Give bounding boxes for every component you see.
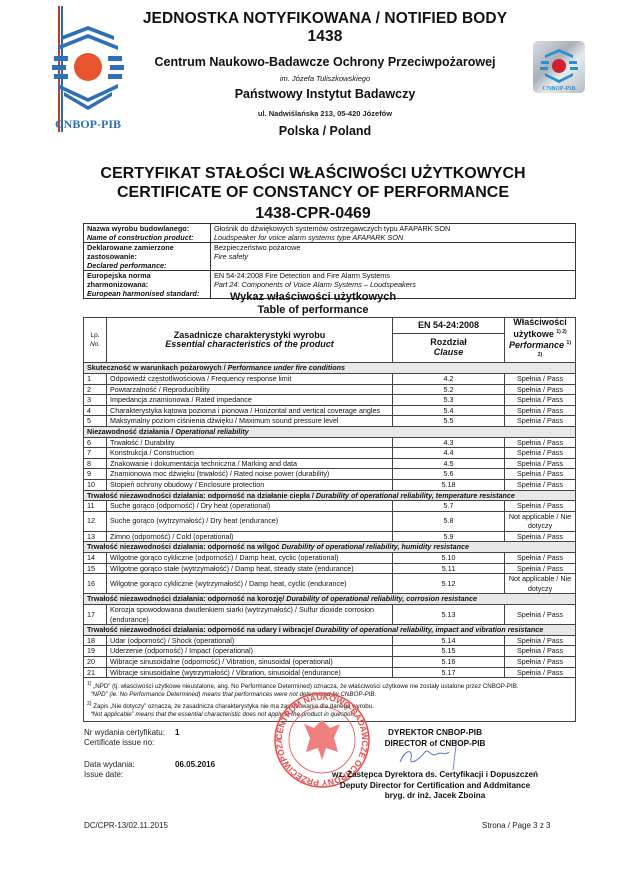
table-row: 3 Impedancja znamionowa / Rated impedanc… <box>84 395 576 406</box>
col-header-performance: Właściwości użytkowe 1) 2)Performance 1)… <box>505 318 576 363</box>
row-characteristic: Korozja spowodowana dwutlenkiem siarki (… <box>107 605 393 625</box>
section-title: Trwałość niezawodności działania: odporn… <box>84 490 576 501</box>
row-clause: 5.13 <box>393 605 505 625</box>
table-row: 16 Wilgotne gorąco cykliczne (wytrzymało… <box>84 574 576 594</box>
institute-name: Centrum Naukowo-Badawcze Ochrony Przeciw… <box>140 55 510 69</box>
row-characteristic: Wilgotne gorąco cykliczne (wytrzymałość)… <box>107 574 393 594</box>
table-row: 7 Konstrukcja / Construction 4.4 Spełnia… <box>84 448 576 459</box>
row-clause: 5.12 <box>393 574 505 594</box>
issue-date-label-pl: Data wydania: <box>84 760 135 769</box>
row-characteristic: Udar (odporność) / Shock (operational) <box>107 635 393 646</box>
row-clause: 5.9 <box>393 531 505 542</box>
table-row: 21 Wibracje sinusoidalne (wytrzymałość) … <box>84 667 576 678</box>
svg-text:CNBOP-PIB: CNBOP-PIB <box>543 86 576 92</box>
row-performance: Spełnia / Pass <box>505 395 576 406</box>
row-number: 13 <box>84 531 107 542</box>
table-row: 5 Maksymalny poziom ciśnienia dźwięku / … <box>84 416 576 427</box>
row-number: 20 <box>84 657 107 668</box>
row-performance: Not applicable / Nie dotyczy <box>505 574 576 594</box>
col-header-clause: RozdziałClause <box>393 333 505 363</box>
row-performance: Spełnia / Pass <box>505 469 576 480</box>
row-clause: 4.2 <box>393 373 505 384</box>
issue-no-value: 1 <box>175 728 179 737</box>
certificate-title-pl: CERTYFIKAT STAŁOŚCI WŁAŚCIWOŚCI UŻYTKOWY… <box>0 165 626 183</box>
row-performance: Spełnia / Pass <box>505 563 576 574</box>
row-performance: Spełnia / Pass <box>505 416 576 427</box>
table-title-en: Table of performance <box>0 304 626 316</box>
institute-status: Państwowy Instytut Badawczy <box>140 87 510 101</box>
signature <box>395 740 465 770</box>
row-clause: 4.3 <box>393 437 505 448</box>
svg-text:CNBOP-PIB: CNBOP-PIB <box>55 117 121 131</box>
row-number: 6 <box>84 437 107 448</box>
row-characteristic: Wilgotne gorąco stałe (wytrzymałość) / D… <box>107 563 393 574</box>
row-characteristic: Suche gorąco (wytrzymałość) / Dry heat (… <box>107 511 393 531</box>
row-number: 1 <box>84 373 107 384</box>
row-performance: Spełnia / Pass <box>505 646 576 657</box>
product-info-value: Bezpieczeństwo pożaroweFire safety <box>211 243 576 271</box>
certificate-title-en: CERTIFICATE OF CONSTANCY OF PERFORMANCE <box>0 184 626 202</box>
row-characteristic: Uderzenie (odporność) / Impact (operatio… <box>107 646 393 657</box>
row-clause: 5.17 <box>393 667 505 678</box>
table-row: 20 Wibracje sinusoidalne (odporność) / V… <box>84 657 576 668</box>
deputy-director-block: wz. Zastępca Dyrektora ds. Certyfikacji … <box>330 770 540 802</box>
section-header-row: Trwałość niezawodności działania: odporn… <box>84 542 576 553</box>
row-performance: Spełnia / Pass <box>505 605 576 625</box>
issue-no-label-en: Certificate issue no: <box>84 738 154 747</box>
institute-address: ul. Nadwiślańska 213, 05-420 Józefów <box>140 109 510 118</box>
table-row: 12 Suche gorąco (wytrzymałość) / Dry hea… <box>84 511 576 531</box>
row-performance: Spełnia / Pass <box>505 479 576 490</box>
table-title-pl: Wykaz właściwości użytkowych <box>0 291 626 303</box>
row-characteristic: Wibracje sinusoidalne (wytrzymałość) / V… <box>107 667 393 678</box>
row-clause: 5.15 <box>393 646 505 657</box>
table-row: 19 Uderzenie (odporność) / Impact (opera… <box>84 646 576 657</box>
table-row: 6 Trwałość / Durability 4.3 Spełnia / Pa… <box>84 437 576 448</box>
row-characteristic: Impedancja znamionowa / Rated impedance <box>107 395 393 406</box>
row-number: 16 <box>84 574 107 594</box>
product-info-value: Głośnik do dźwiękowych systemów ostrzega… <box>211 224 576 243</box>
table-row: 15 Wilgotne gorąco stałe (wytrzymałość) … <box>84 563 576 574</box>
row-characteristic: Trwałość / Durability <box>107 437 393 448</box>
product-info-row: Nazwa wyrobu budowlanego:Name of constru… <box>84 224 576 243</box>
table-row: 4 Charakterystyka kątowa pozioma i piono… <box>84 405 576 416</box>
performance-table: Lp.No. Zasadnicze charakterystyki wyrobu… <box>83 317 576 722</box>
issue-no-label-pl: Nr wydania certyfikatu: <box>84 728 165 737</box>
section-title: Trwałość niezawodności działania: odporn… <box>84 594 576 605</box>
cnbop-logo: CNBOP-PIB <box>48 6 128 132</box>
row-characteristic: Wilgotne gorąco cykliczne (odporność) / … <box>107 553 393 564</box>
row-performance: Spełnia / Pass <box>505 667 576 678</box>
row-characteristic: Charakterystyka kątowa pozioma i pionowa… <box>107 405 393 416</box>
product-info-key: Deklarowane zamierzone zastosowanie:Decl… <box>84 243 211 271</box>
table-row: 8 Znakowanie i dokumentacja techniczna /… <box>84 458 576 469</box>
row-clause: 5.7 <box>393 501 505 512</box>
row-clause: 5.14 <box>393 635 505 646</box>
row-characteristic: Znamionowa moc dźwięku (trwałość) / Rate… <box>107 469 393 480</box>
row-clause: 5.5 <box>393 416 505 427</box>
row-number: 8 <box>84 458 107 469</box>
table-row: 18 Udar (odporność) / Shock (operational… <box>84 635 576 646</box>
row-clause: 5.16 <box>393 657 505 668</box>
table-row: 2 Powtarzalność / Reproducibility 5.2 Sp… <box>84 384 576 395</box>
row-number: 7 <box>84 448 107 459</box>
row-performance: Spełnia / Pass <box>505 437 576 448</box>
row-performance: Spełnia / Pass <box>505 458 576 469</box>
institute-country: Polska / Poland <box>140 124 510 138</box>
row-clause: 5.4 <box>393 405 505 416</box>
table-row: 10 Stopień ochrony obudowy / Enclosure p… <box>84 479 576 490</box>
row-performance: Spełnia / Pass <box>505 384 576 395</box>
signatory-name: bryg. dr inż. Jacek Zboina <box>330 791 540 802</box>
row-number: 5 <box>84 416 107 427</box>
section-header-row: Niezawodność działania / Operational rel… <box>84 426 576 437</box>
row-performance: Spełnia / Pass <box>505 501 576 512</box>
section-title: Trwałość niezawodności działania: odporn… <box>84 542 576 553</box>
row-clause: 5.11 <box>393 563 505 574</box>
section-title: Skuteczność w warunkach pożarowych / Per… <box>84 363 576 374</box>
table-row: 13 Zimno (odporność) / Cold (operational… <box>84 531 576 542</box>
row-number: 18 <box>84 635 107 646</box>
section-title: Niezawodność działania / Operational rel… <box>84 426 576 437</box>
table-row: 14 Wilgotne gorąco cykliczne (odporność)… <box>84 553 576 564</box>
row-performance: Spełnia / Pass <box>505 531 576 542</box>
row-clause: 5.18 <box>393 479 505 490</box>
table-row: 17 Korozja spowodowana dwutlenkiem siark… <box>84 605 576 625</box>
row-clause: 5.2 <box>393 384 505 395</box>
section-header-row: Skuteczność w warunkach pożarowych / Per… <box>84 363 576 374</box>
col-header-characteristics: Zasadnicze charakterystyki wyrobuEssenti… <box>107 318 393 363</box>
product-info-key: Nazwa wyrobu budowlanego:Name of constru… <box>84 224 211 243</box>
col-header-standard: EN 54-24:2008 <box>393 318 505 334</box>
row-number: 19 <box>84 646 107 657</box>
row-number: 15 <box>84 563 107 574</box>
row-number: 2 <box>84 384 107 395</box>
row-characteristic: Zimno (odporność) / Cold (operational) <box>107 531 393 542</box>
hologram-logo: CNBOP-PIB <box>533 41 585 93</box>
row-characteristic: Stopień ochrony obudowy / Enclosure prot… <box>107 479 393 490</box>
section-header-row: Trwałość niezawodności działania: odporn… <box>84 625 576 636</box>
page-number: Strona / Page 3 z 3 <box>482 821 551 830</box>
row-characteristic: Maksymalny poziom ciśnienia dźwięku / Ma… <box>107 416 393 427</box>
table-row: 9 Znamionowa moc dźwięku (trwałość) / Ra… <box>84 469 576 480</box>
issue-date-label-en: Issue date: <box>84 770 123 779</box>
section-header-row: Trwałość niezawodności działania: odporn… <box>84 490 576 501</box>
row-characteristic: Znakowanie i dokumentacja techniczna / M… <box>107 458 393 469</box>
row-number: 11 <box>84 501 107 512</box>
row-clause: 5.10 <box>393 553 505 564</box>
row-performance: Spełnia / Pass <box>505 405 576 416</box>
document-code: DC/CPR-13/02.11.2015 <box>84 821 168 830</box>
product-info-table: Nazwa wyrobu budowlanego:Name of constru… <box>83 223 576 299</box>
certificate-number: 1438-CPR-0469 <box>0 205 626 223</box>
row-number: 9 <box>84 469 107 480</box>
table-row: 1 Odpowiedź częstotliwościowa / Frequenc… <box>84 373 576 384</box>
col-header-no: Lp.No. <box>84 318 107 363</box>
row-performance: Spełnia / Pass <box>505 448 576 459</box>
row-characteristic: Konstrukcja / Construction <box>107 448 393 459</box>
row-clause: 5.3 <box>393 395 505 406</box>
row-performance: Spełnia / Pass <box>505 635 576 646</box>
row-clause: 5.8 <box>393 511 505 531</box>
row-number: 17 <box>84 605 107 625</box>
product-info-row: Deklarowane zamierzone zastosowanie:Decl… <box>84 243 576 271</box>
row-characteristic: Suche gorąco (odporność) / Dry heat (ope… <box>107 501 393 512</box>
row-characteristic: Odpowiedź częstotliwościowa / Frequency … <box>107 373 393 384</box>
row-performance: Spełnia / Pass <box>505 553 576 564</box>
row-number: 14 <box>84 553 107 564</box>
row-number: 12 <box>84 511 107 531</box>
row-number: 21 <box>84 667 107 678</box>
row-clause: 4.4 <box>393 448 505 459</box>
row-characteristic: Powtarzalność / Reproducibility <box>107 384 393 395</box>
row-number: 4 <box>84 405 107 416</box>
issue-date-value: 06.05.2016 <box>175 760 215 769</box>
table-row: 11 Suche gorąco (odporność) / Dry heat (… <box>84 501 576 512</box>
issuer-header: JEDNOSTKA NOTYFIKOWANA / NOTIFIED BODY 1… <box>140 0 510 138</box>
row-characteristic: Wibracje sinusoidalne (odporność) / Vibr… <box>107 657 393 668</box>
row-number: 10 <box>84 479 107 490</box>
institute-patron: im. Józefa Tuliszkowskiego <box>140 74 510 83</box>
row-performance: Spełnia / Pass <box>505 657 576 668</box>
row-number: 3 <box>84 395 107 406</box>
row-performance: Spełnia / Pass <box>505 373 576 384</box>
notified-body: JEDNOSTKA NOTYFIKOWANA / NOTIFIED BODY 1… <box>140 10 510 46</box>
row-performance: Not applicable / Nie dotyczy <box>505 511 576 531</box>
row-clause: 4.5 <box>393 458 505 469</box>
section-header-row: Trwałość niezawodności działania: odporn… <box>84 594 576 605</box>
row-clause: 5.6 <box>393 469 505 480</box>
section-title: Trwałość niezawodności działania: odporn… <box>84 625 576 636</box>
